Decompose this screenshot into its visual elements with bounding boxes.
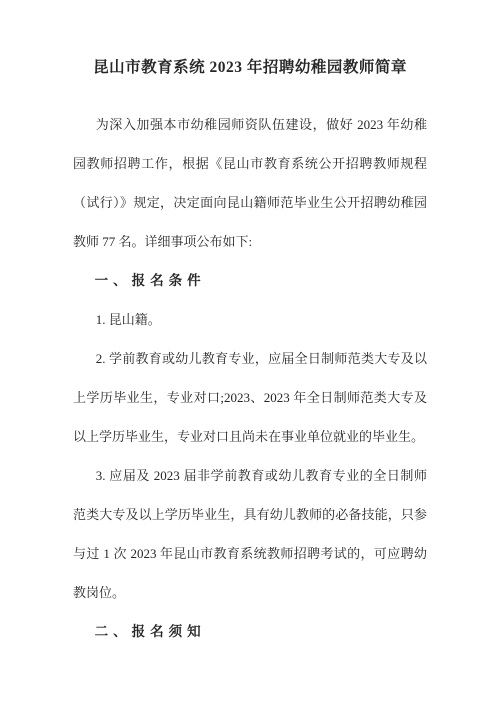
document-page: 昆山市教育系统 2023 年招聘幼稚园教师简章 为深入加强本市幼稚园师资队伍建设… (0, 0, 500, 707)
intro-paragraph: 为深入加强本市幼稚园师资队伍建设，做好 2023 年幼稚园教师招聘工作，根据《昆… (73, 105, 427, 261)
list-item-1: 1. 昆山籍。 (73, 300, 427, 339)
list-item-2: 2. 学前教育或幼儿教育专业，应届全日制师范类大专及以上学历毕业生，专业对口;2… (73, 339, 427, 456)
section-heading-application-requirements: 一、报名条件 (73, 261, 427, 300)
document-title: 昆山市教育系统 2023 年招聘幼稚园教师简章 (73, 56, 427, 80)
section-heading-application-notes: 二、报名须知 (73, 612, 427, 651)
list-item-3: 3. 应届及 2023 届非学前教育或幼儿教育专业的全日制师范类大专及以上学历毕… (73, 456, 427, 612)
